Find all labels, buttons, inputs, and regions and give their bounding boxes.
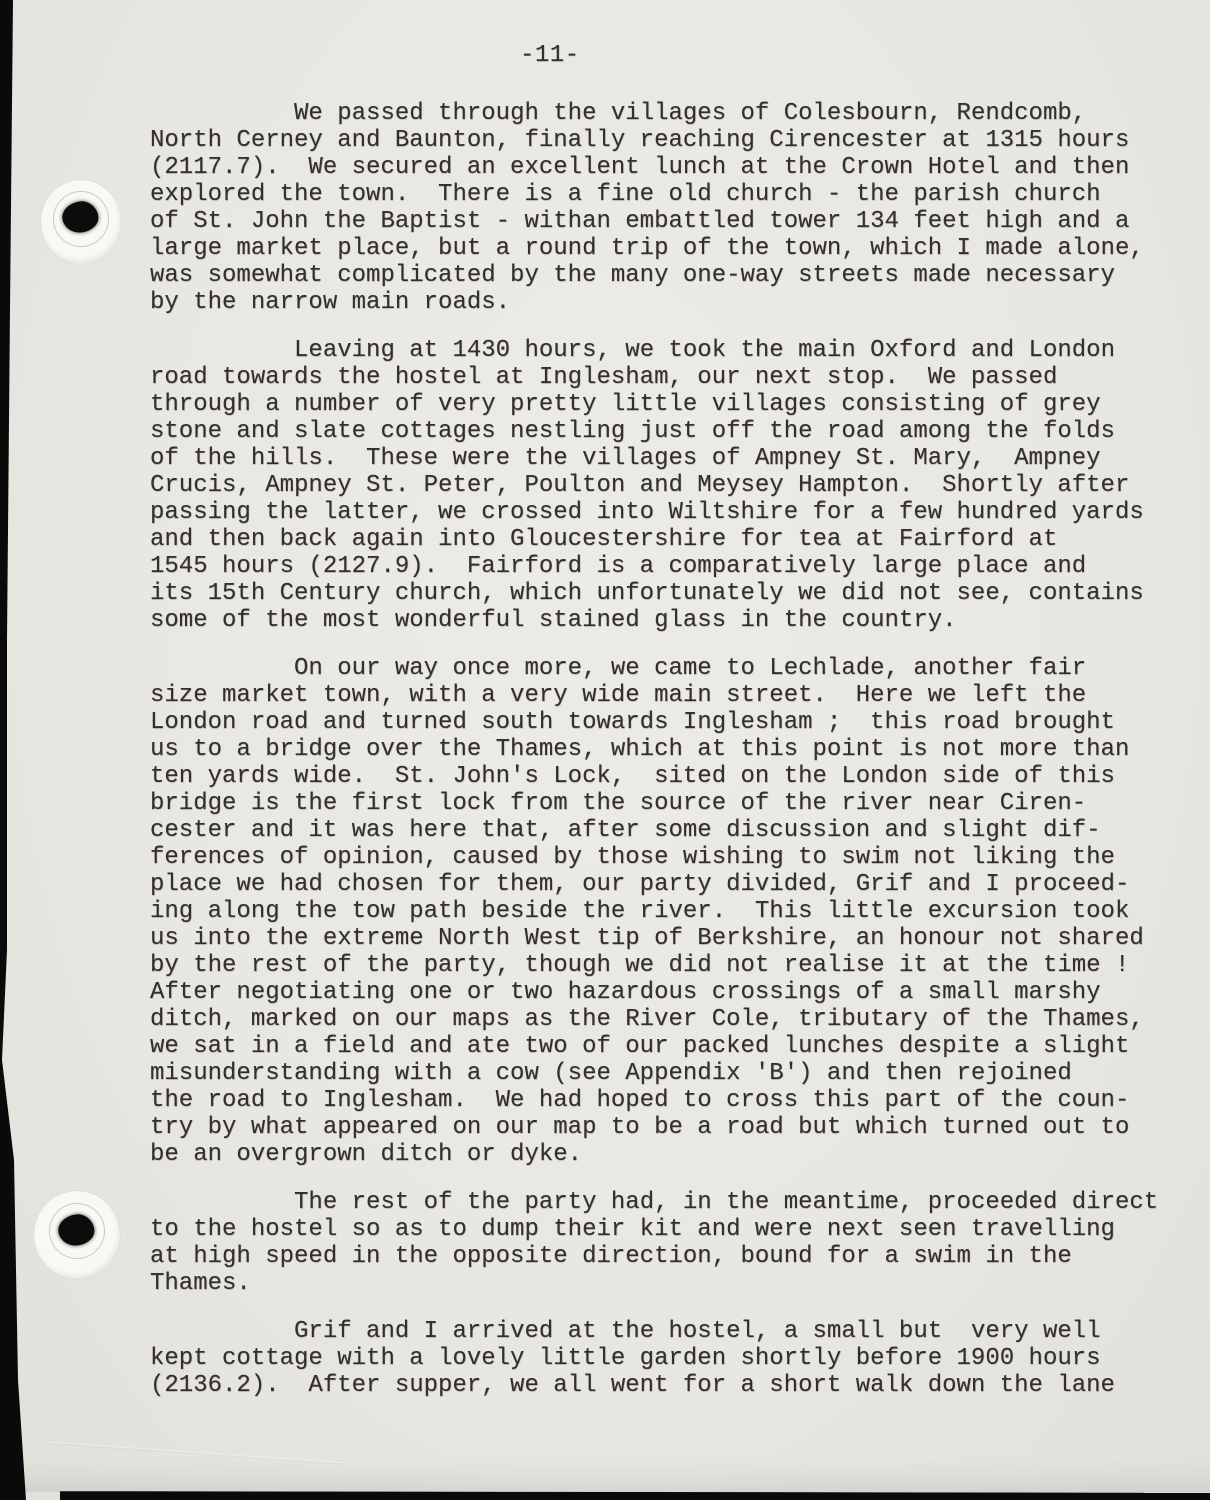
punch-hole-bottom (34, 1191, 120, 1279)
typed-paragraph-3: On our way once more, we came to Lechlad… (150, 655, 1210, 1168)
typed-paragraph-2: Leaving at 1430 hours, we took the main … (150, 337, 1210, 634)
typed-text-block: We passed through the villages of Colesb… (150, 100, 1210, 1399)
page-number: -11- (520, 42, 580, 69)
paper-bottom-edge-shade (20, 1458, 1210, 1492)
typed-paragraph-5: Grif and I arrived at the hostel, a smal… (150, 1318, 1210, 1399)
typed-paragraph-1: We passed through the villages of Colesb… (150, 100, 1210, 316)
scan-edge-left (0, 0, 30, 1500)
punch-hole-top (41, 180, 121, 264)
scan-edge-bottom (60, 1491, 1210, 1500)
typed-paragraph-4: The rest of the party had, in the meanti… (150, 1189, 1210, 1297)
